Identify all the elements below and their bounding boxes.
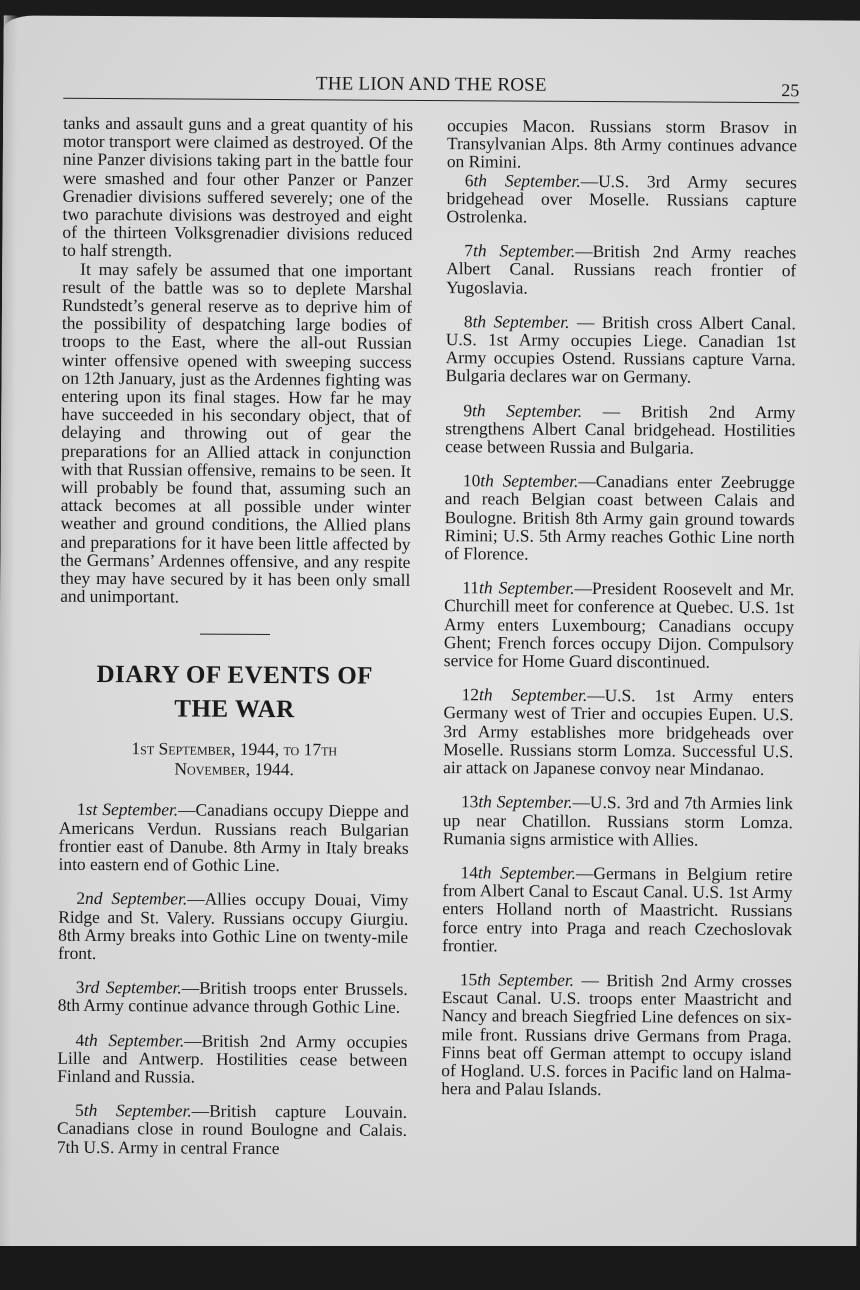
section-title-line-1: DIARY OF EVENTS OF [96, 661, 373, 690]
diary-entry: 13th September.—U.S. 3rd and 7th Armies … [443, 792, 793, 849]
entry-continuation: occupies Macon. Russians storm Brasov in… [447, 116, 797, 173]
diary-entry: 2nd September.—Allies occupy Douai, Vimy… [58, 889, 408, 964]
entry-text: — British 2nd Army crosses Escaut Canal.… [441, 970, 792, 1099]
diary-entry: 15th September. — British 2nd Army cross… [441, 970, 792, 1100]
diary-entry: 7th September.—British 2nd Army reaches … [446, 241, 796, 298]
diary-entries-left: 1st September.—Canadians occupy Dieppe a… [57, 800, 409, 1157]
subtitle-line-2: November, 1944. [174, 759, 294, 780]
diary-entries-right: 6th September.—U.S. 3rd Army secures bri… [441, 171, 797, 1100]
running-header: THE LION AND THE ROSE 25 [63, 72, 799, 103]
diary-entry: 8th September. — British cross Albert Ca… [446, 312, 796, 387]
section-subtitle: 1st September, 1944, to 17th November, 1… [59, 738, 409, 780]
diary-entry: 4th September.—British 2nd Army occu­pie… [57, 1030, 407, 1087]
diary-entry: 11th September.—President Roosevelt and … [444, 578, 795, 671]
diary-entry: 9th September. — British 2nd Army streng… [445, 401, 795, 458]
diary-entry: 12th September.—U.S. 1st Army enters Ger… [443, 685, 794, 778]
diary-entry: 3rd September.—British troops enter Brus… [58, 978, 408, 1017]
running-title: THE LION AND THE ROSE [63, 72, 799, 98]
left-column: tanks and assault guns and a great quant… [57, 114, 413, 1158]
diary-entry: 5th September.—British capture Louvain. … [57, 1101, 407, 1158]
section-divider [200, 634, 270, 635]
book-page: THE LION AND THE ROSE 25 tanks and assau… [0, 15, 860, 1252]
diary-entry: 6th September.—U.S. 3rd Army secures bri… [446, 171, 796, 228]
body-paragraph: It may safely be assumed that one impor­… [60, 259, 412, 607]
diary-entry: 14th September.—Germans in Belgium retir… [442, 863, 793, 956]
continuation-paragraph: tanks and assault guns and a great quant… [62, 114, 413, 262]
section-title: DIARY OF EVENTS OF THE WAR [59, 658, 409, 728]
page-number: 25 [781, 80, 799, 101]
diary-entry: 1st September.—Canadians occupy Dieppe a… [59, 800, 409, 875]
diary-entry: 10th September.—Canadians enter Zee­brug… [444, 471, 795, 564]
section-title-line-2: THE WAR [174, 696, 295, 724]
right-column: occupies Macon. Russians storm Brasov in… [441, 116, 797, 1099]
subtitle-line-1: 1st September, 1944, to 17th [131, 739, 337, 760]
page-bottom-shadow [0, 1246, 860, 1290]
